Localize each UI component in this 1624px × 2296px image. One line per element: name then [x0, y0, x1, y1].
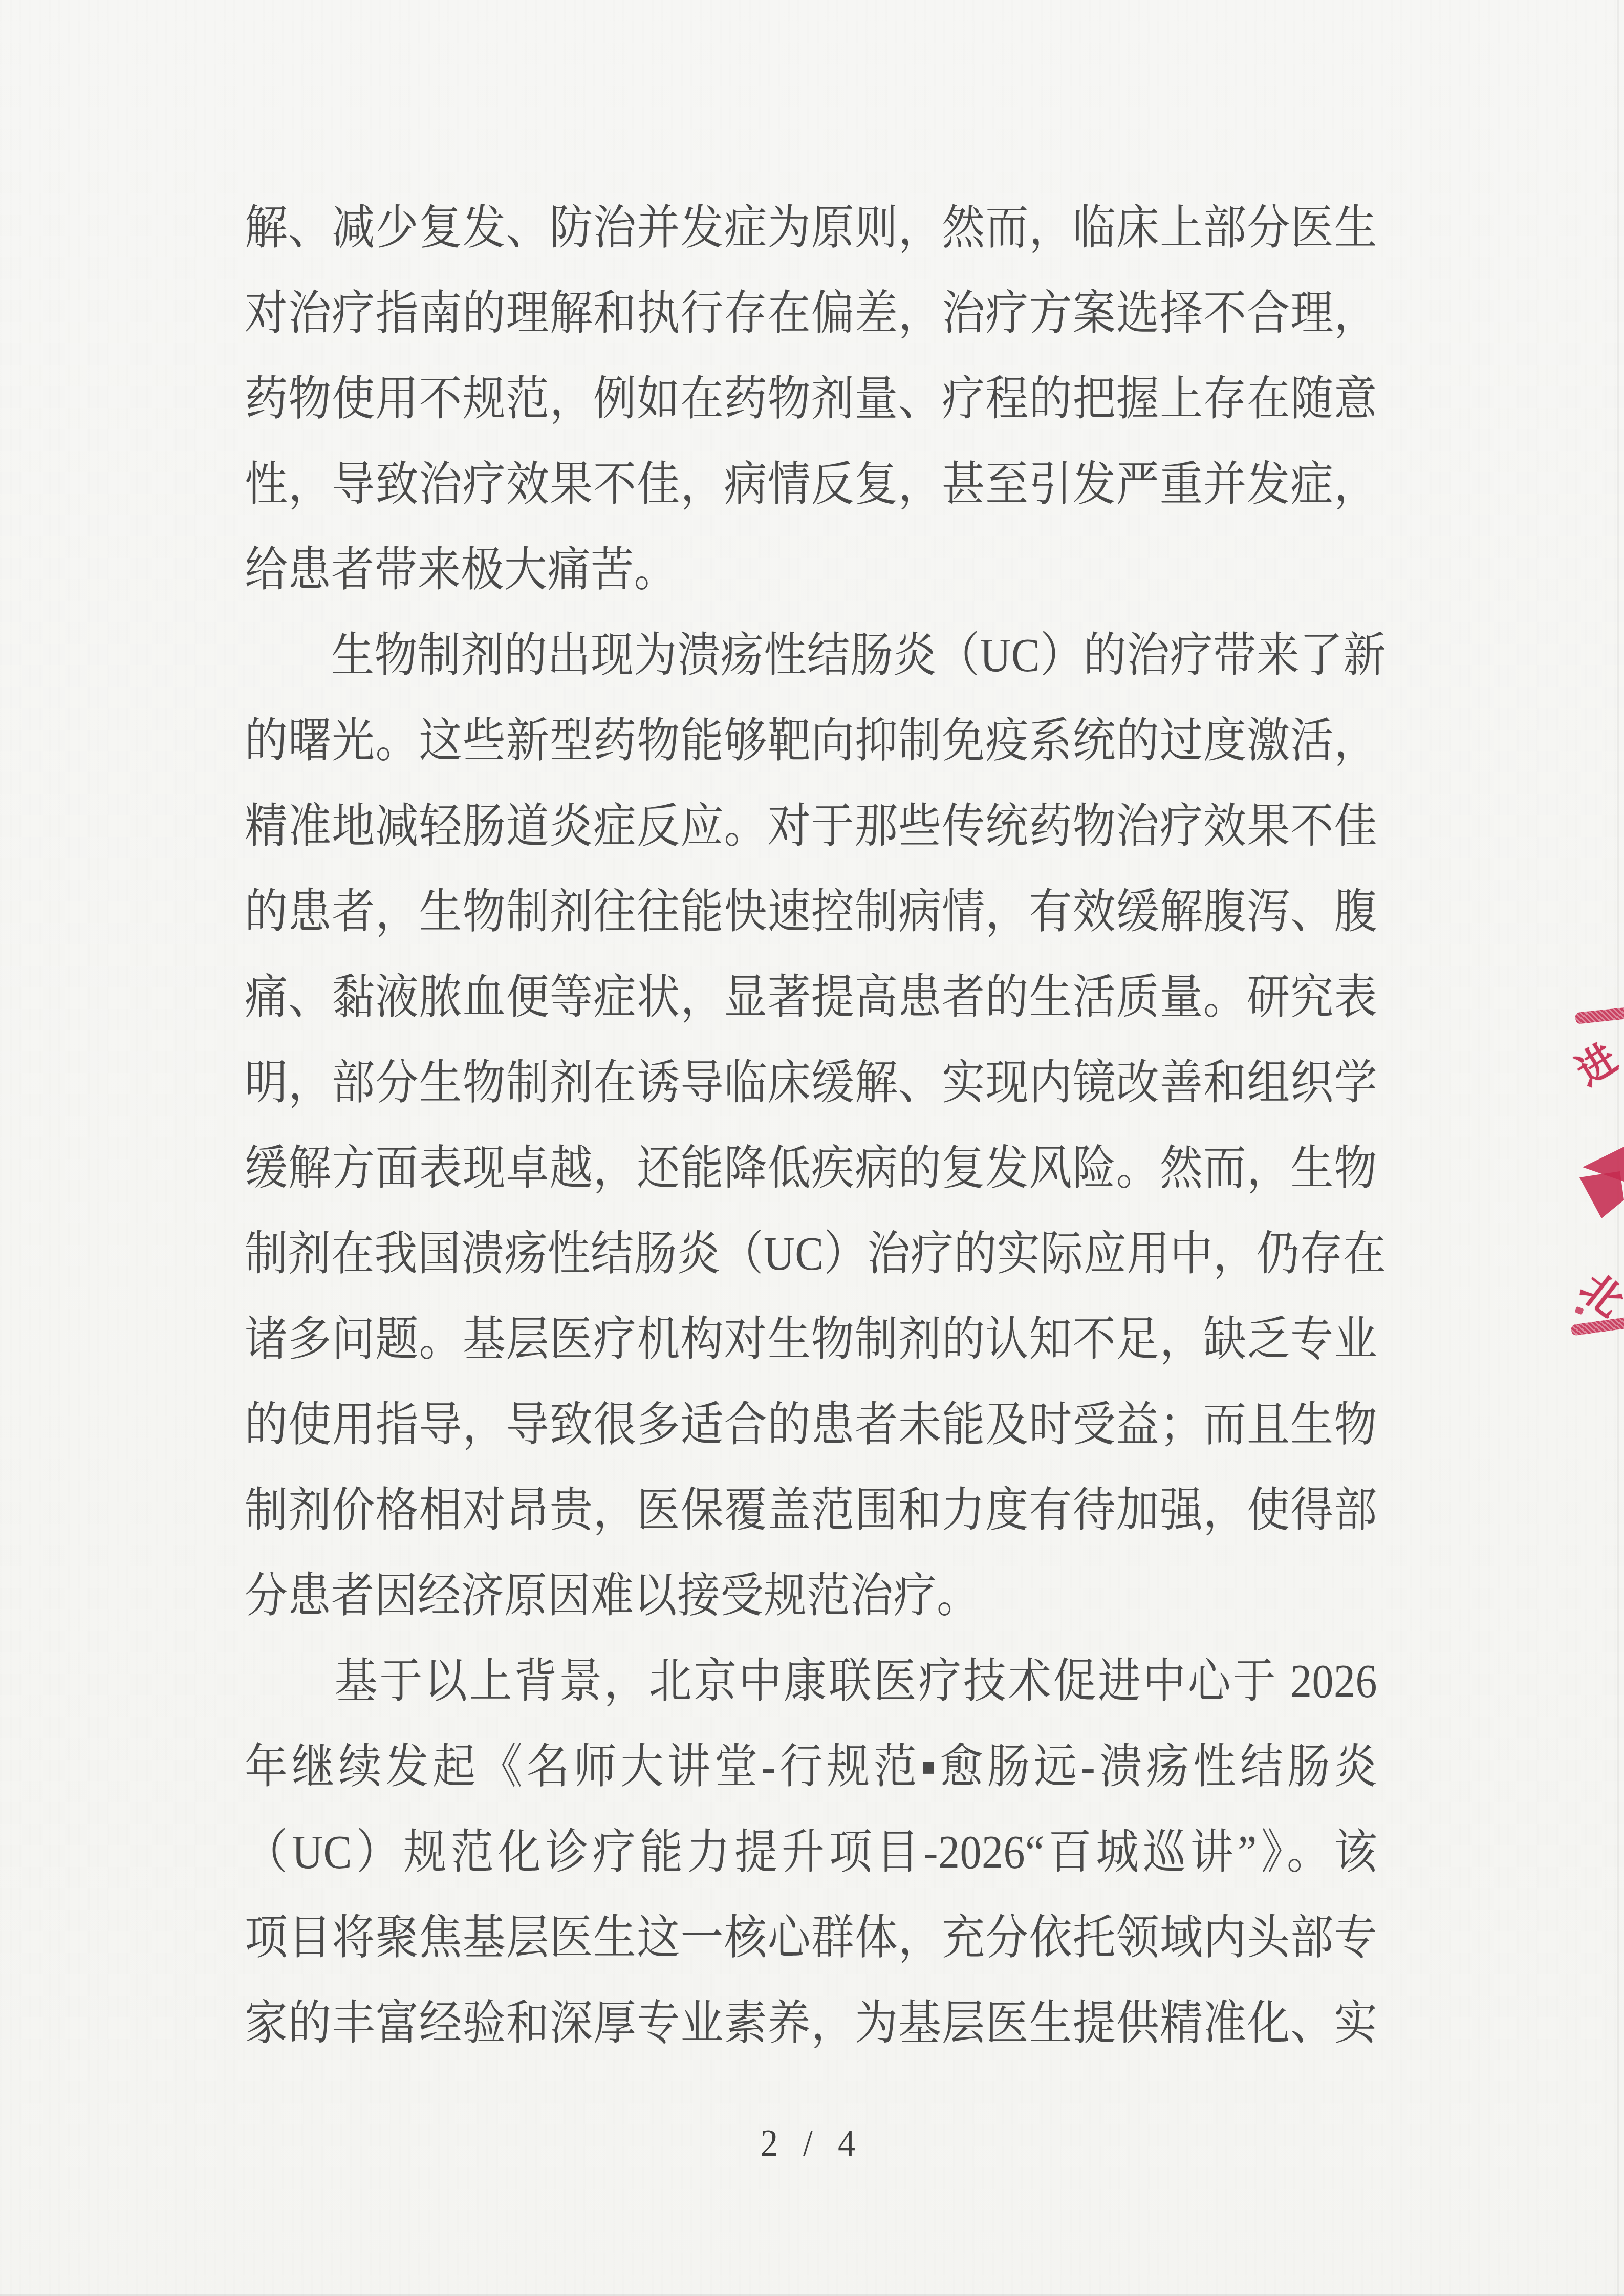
- body-text: 解、减少复发、防治并发症为原则，然而，临床上部分医生 对治疗指南的理解和执行存在…: [245, 185, 1377, 2066]
- text-line: 性，导致治疗效果不佳，病情反复，甚至引发严重并发症，: [245, 438, 1377, 532]
- text-line: 家的丰富经验和深厚专业素养，为基层医生提供精准化、实: [245, 1977, 1377, 2071]
- text-line: 解、减少复发、防治并发症为原则，然而，临床上部分医生: [245, 181, 1377, 275]
- text-line: 生物制剂的出现为溃疡性结肠炎（UC）的治疗带来了新: [245, 609, 1377, 703]
- scanned-document-page: 解、减少复发、防治并发症为原则，然而，临床上部分医生 对治疗指南的理解和执行存在…: [0, 0, 1624, 2296]
- text-line: 年继续发起《名师大讲堂-行规范▪愈肠远-溃疡性结肠炎: [245, 1720, 1377, 1814]
- text-line: 缓解方面表现卓越，还能降低疾病的复发风险。然而，生物: [245, 1122, 1377, 1216]
- text-line: （UC）规范化诊疗能力提升项目-2026“百城巡讲”》。该: [245, 1806, 1377, 1900]
- page-number: 2 / 4: [0, 2121, 1624, 2165]
- scan-bottom-artifact: [0, 2294, 1624, 2296]
- text-line: 诸多问题。基层医疗机构对生物制剂的认知不足，缺乏专业: [245, 1293, 1377, 1387]
- text-line: 项目将聚焦基层医生这一核心群体，充分依托领域内头部专: [245, 1891, 1377, 1985]
- text-line: 的使用指导，导致很多适合的患者未能及时受益；而且生物: [245, 1378, 1377, 1472]
- text-line: 的患者，生物制剂往往能快速控制病情，有效缓解腹泻、腹: [245, 865, 1377, 959]
- seal-star-icon: [1568, 1096, 1624, 1270]
- text-line: 对治疗指南的理解和执行存在偏差，治疗方案选择不合理，: [245, 267, 1377, 361]
- text-line: 的曙光。这些新型药物能够靶向抑制免疫系统的过度激活，: [245, 694, 1377, 788]
- seal-stroke-top: [1575, 1006, 1624, 1024]
- text-line: 痛、黏液脓血便等症状，显著提高患者的生活质量。研究表: [245, 951, 1377, 1045]
- text-line: 制剂价格相对昂贵，医保覆盖范围和力度有待加强，使得部: [245, 1464, 1377, 1558]
- official-seal-stamp-fragment: 进 北: [1561, 998, 1624, 1357]
- text-line: 基于以上背景，北京中康联医疗技术促进中心于 2026: [245, 1635, 1377, 1729]
- text-line: 精准地减轻肠道炎症反应。对于那些传统药物治疗效果不佳: [245, 780, 1377, 874]
- text-line: 给患者带来极大痛苦。: [245, 523, 1377, 617]
- seal-character-top: 进: [1564, 1028, 1624, 1096]
- text-line: 分患者因经济原因难以接受规范治疗。: [245, 1549, 1377, 1643]
- text-line: 药物使用不规范，例如在药物剂量、疗程的把握上存在随意: [245, 352, 1377, 446]
- text-line: 明，部分生物制剂在诱导临床缓解、实现内镜改善和组织学: [245, 1036, 1377, 1130]
- text-line: 制剂在我国溃疡性结肠炎（UC）治疗的实际应用中，仍存在: [245, 1207, 1377, 1301]
